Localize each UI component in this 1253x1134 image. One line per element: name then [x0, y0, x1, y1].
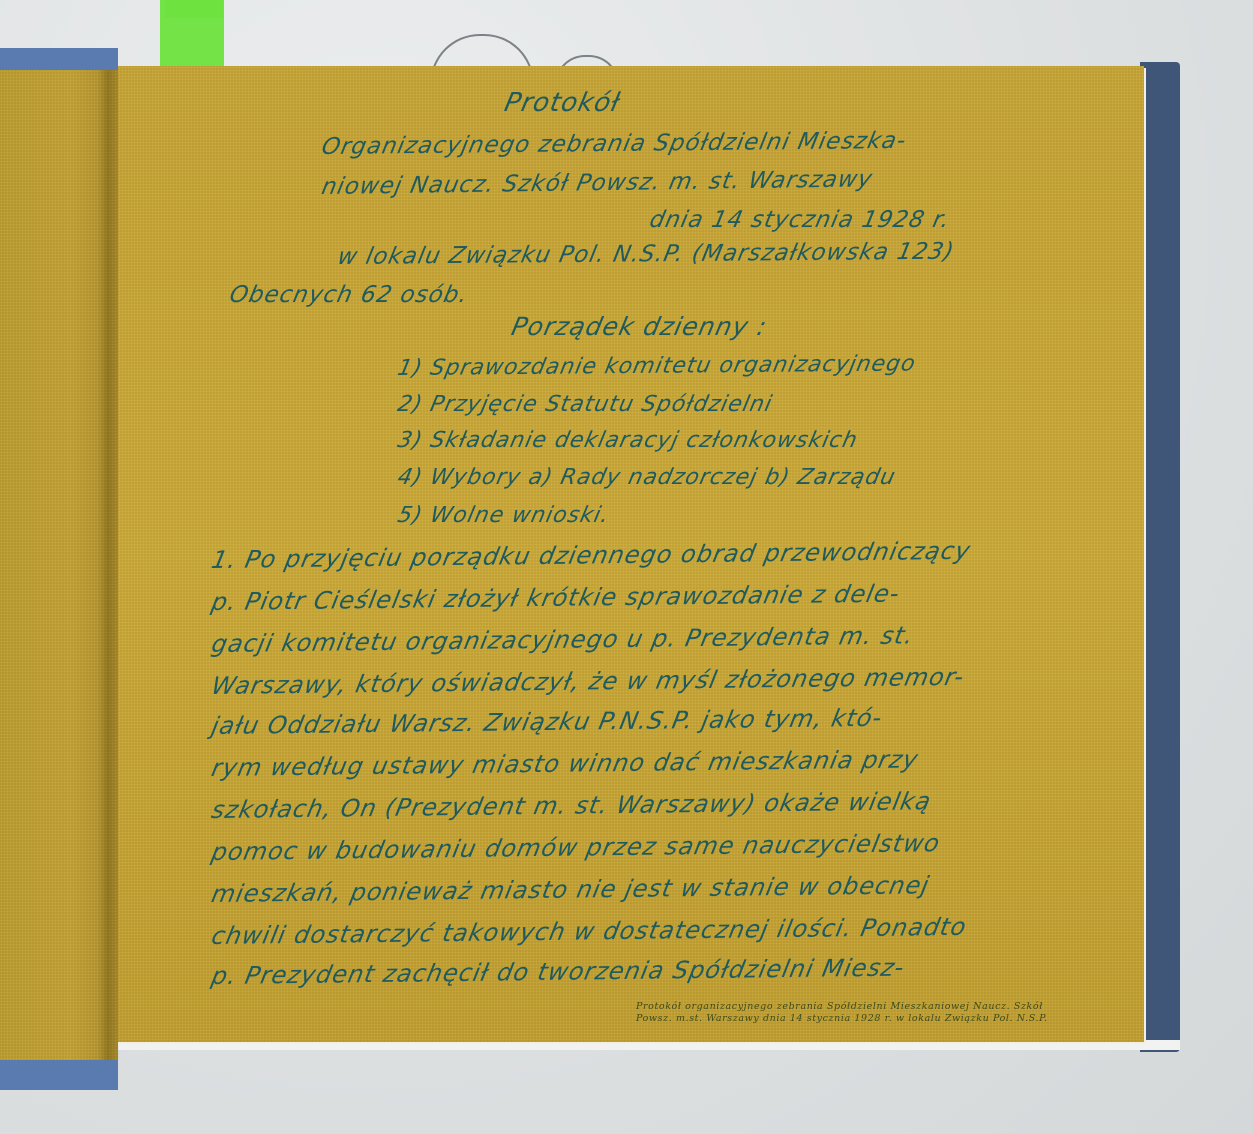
document-title: Protokół: [502, 88, 623, 118]
agenda-item: 2) Przyjęcie Statutu Spółdzielni: [395, 392, 774, 417]
agenda-item: 5) Wolne wnioski.: [395, 503, 612, 528]
caption-line: Protokół organizacyjnego zebrania Spółdz…: [636, 1001, 1082, 1013]
printed-caption: Protokół organizacyjnego zebrania Spółdz…: [636, 1001, 1082, 1025]
header-location: w lokalu Związku Pol. N.S.P. (Marszałkow…: [335, 239, 956, 270]
agenda-item: 1) Sprawozdanie komitetu organizacyjnego: [395, 351, 918, 381]
bookmark-tab[interactable]: [160, 0, 224, 70]
caption-line: Powsz. m.st. Warszawy dnia 14 stycznia 1…: [636, 1013, 1082, 1025]
attendance: Obecnych 62 osób.: [227, 282, 470, 308]
agenda-item: 4) Wybory a) Rady nadzorczej b) Zarządu: [395, 465, 898, 490]
book-gutter: [98, 70, 120, 1060]
book-cover-right: [1140, 62, 1180, 1052]
agenda-heading: Porządek dzienny :: [509, 312, 770, 341]
agenda-item: 3) Składanie deklaracyj członkowskich: [395, 428, 860, 453]
photo-scene: Protokół Organizacyjnego zebrania Spółdz…: [0, 0, 1253, 1134]
header-date: dnia 14 stycznia 1928 r.: [647, 207, 952, 233]
